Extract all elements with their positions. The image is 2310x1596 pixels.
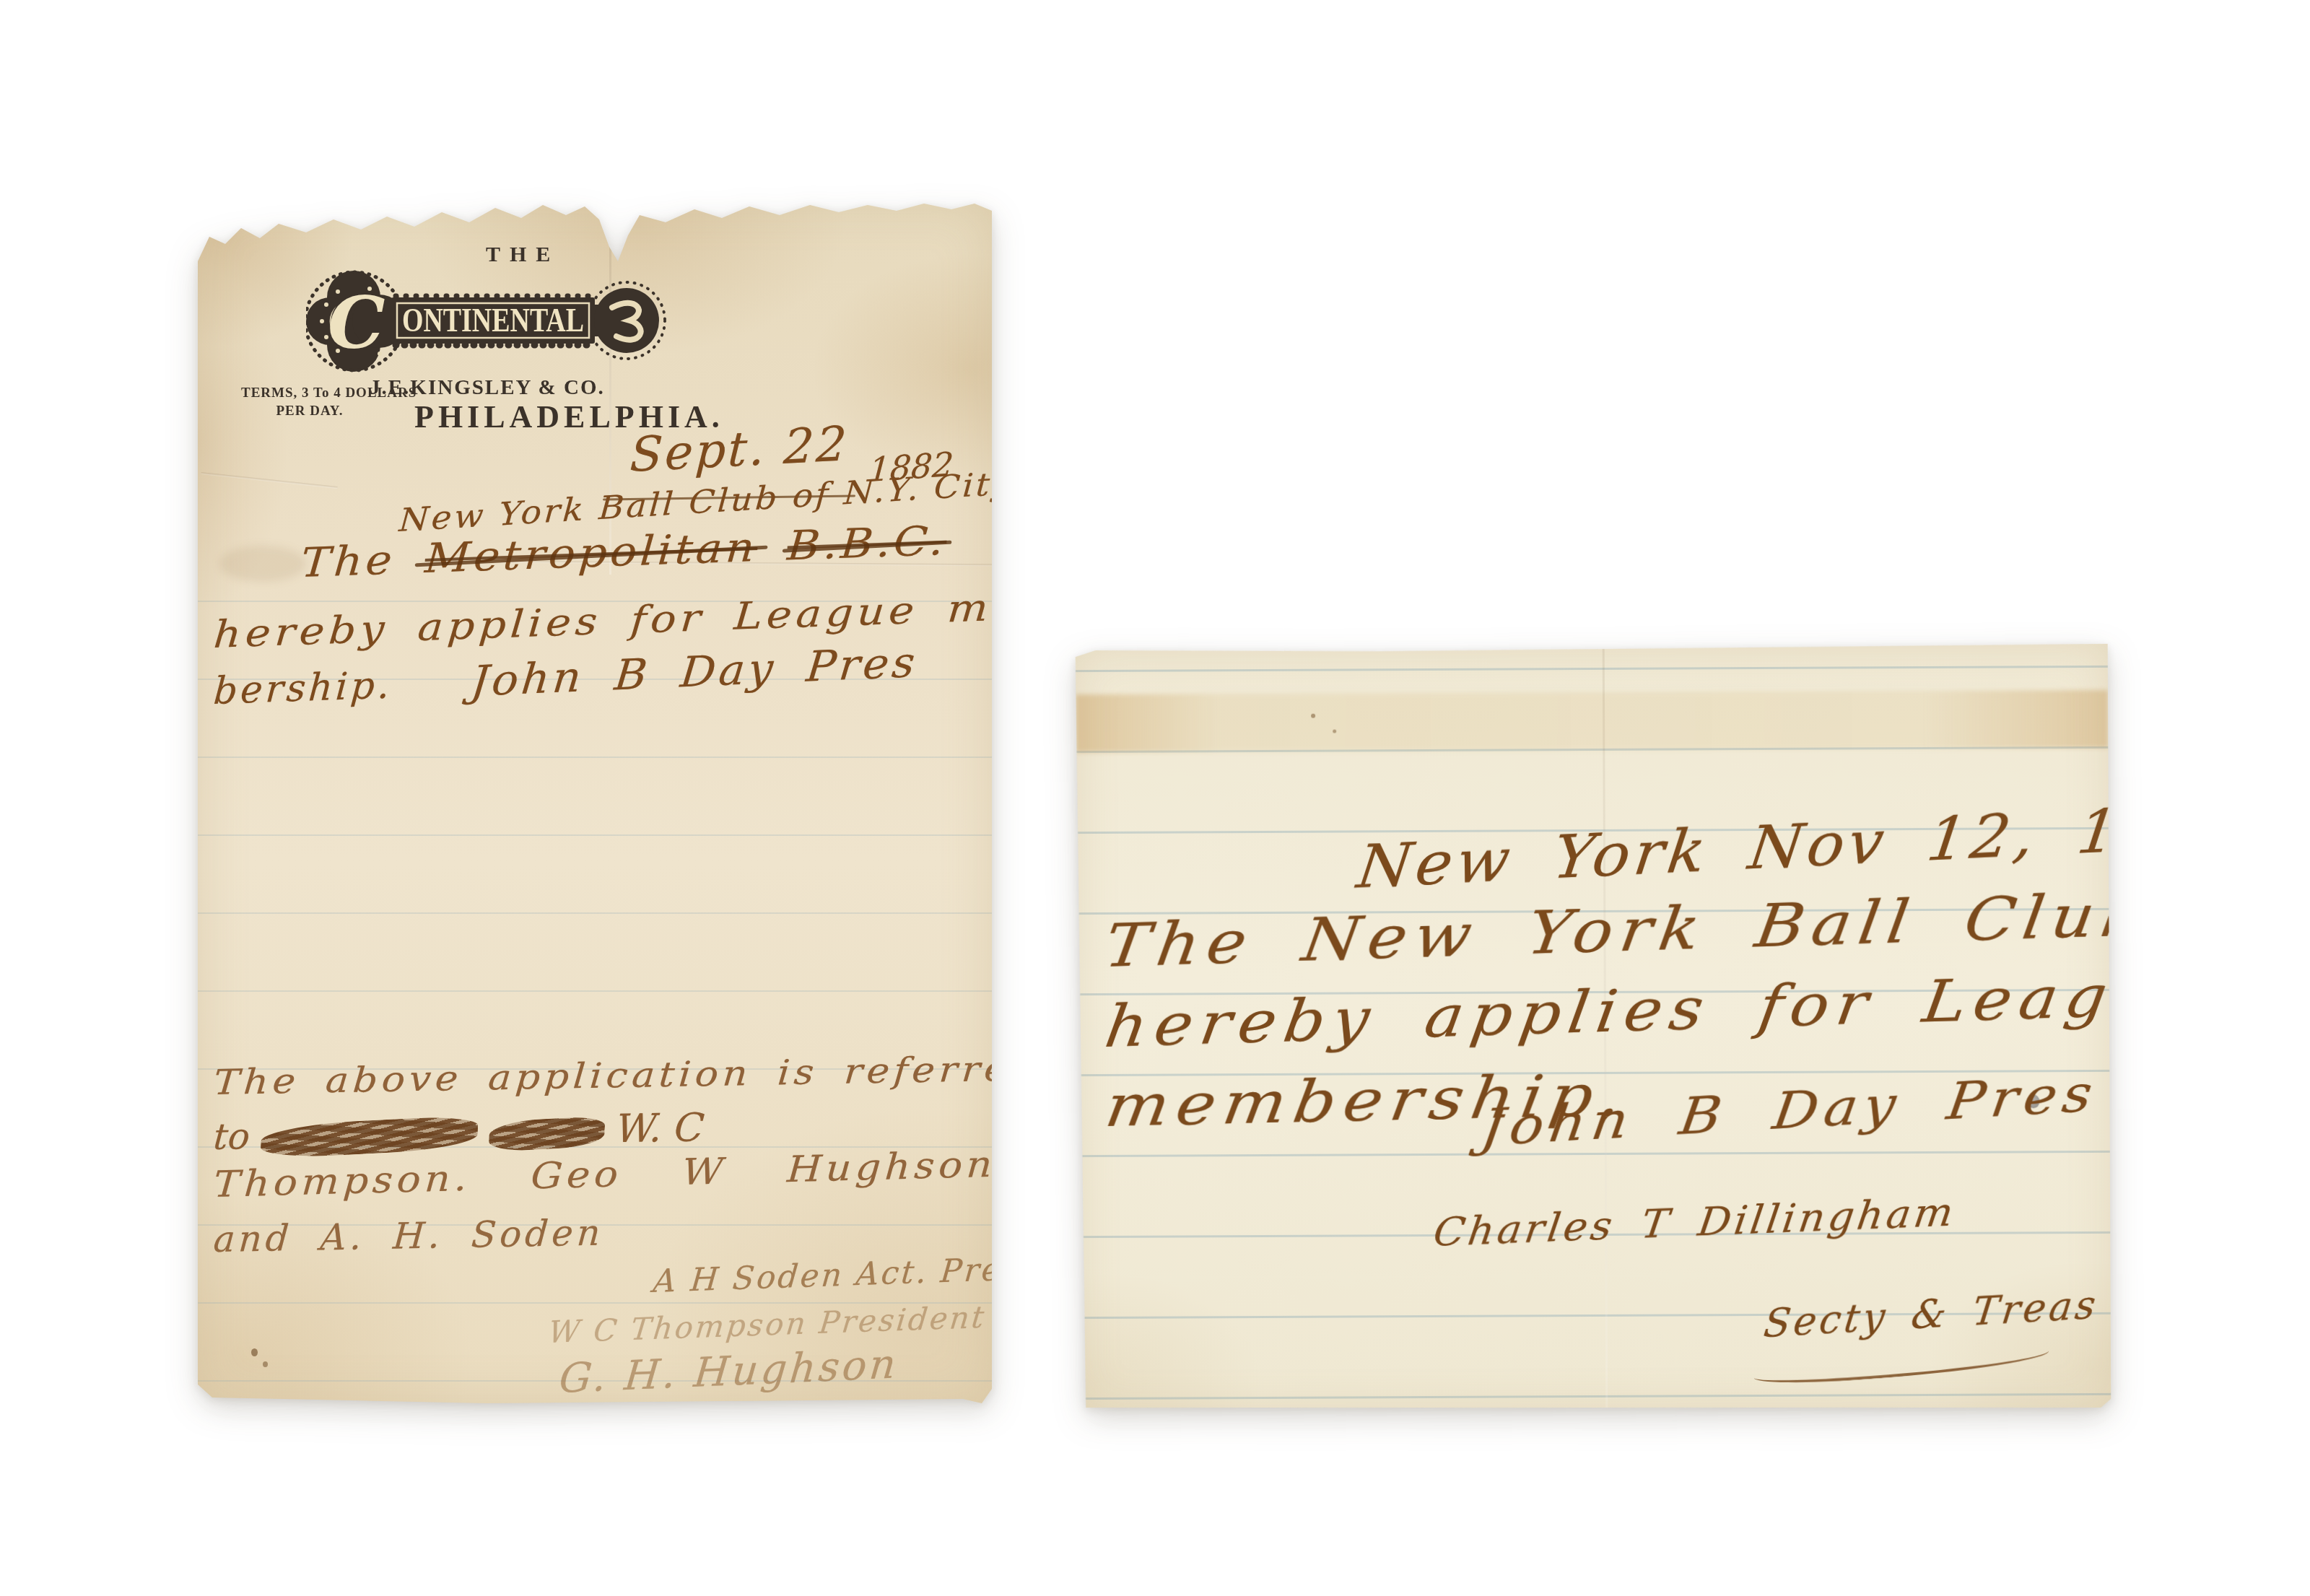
hw-date: Sept. 22 [629, 416, 850, 483]
hw-article: The [300, 536, 397, 587]
ink-scribble-2 [489, 1116, 606, 1152]
hw-referral-wc: W. C [615, 1104, 706, 1151]
paper-speck [1333, 730, 1336, 733]
hw-body-line2: bership. [212, 663, 394, 713]
hw-referral-line1: The above application is referred [212, 1048, 992, 1103]
hw-referral-line4: and A. H. Soden [212, 1212, 605, 1261]
hw-signature-day: John B Day Pres [469, 637, 920, 706]
letterhead-terms-line1: TERMS, 3 To 4 DOLLARS [241, 385, 378, 401]
right-document: New York Nov 12, 1882 The New York Ball … [1076, 644, 2111, 1412]
continental-hotel-badge: C ONTINENTAL [306, 264, 667, 375]
hw-club-line: The Metropolitan B.B.C. [300, 518, 949, 587]
letterhead-city: PHILADELPHIA. [414, 398, 631, 435]
hw-sig-soden: A H Soden Act. Pres [652, 1250, 992, 1300]
left-document: THE C [198, 199, 992, 1406]
hw-sig-thompson: W C Thompson President [546, 1299, 988, 1350]
paper-speck [263, 1361, 268, 1367]
paper-speck [1311, 714, 1315, 718]
hw-referral-to: to [212, 1115, 251, 1158]
letterhead-the: THE [486, 243, 559, 267]
ink-scribble-1 [261, 1115, 479, 1159]
hotel-name-text: ONTINENTAL [402, 302, 584, 339]
hw-struck-bbc: B.B.C. [786, 518, 949, 570]
hw-right-sig-dillingham: Charles T Dillingham [1431, 1189, 1959, 1255]
hw-referral-line2: to W. C [212, 1104, 706, 1159]
hw-right-line1: The New York Ball Club [1101, 880, 2111, 981]
hw-sig-hughson: G. H. Hughson [557, 1340, 901, 1403]
toned-band [1076, 690, 2108, 752]
paper-speck [251, 1348, 258, 1356]
hw-right-sig-title: Secty & Treas [1761, 1281, 2101, 1346]
letterhead-terms-line2: PER DAY. [241, 404, 378, 419]
monogram-c: C [328, 280, 385, 365]
right-paper-sheet: New York Nov 12, 1882 The New York Ball … [1076, 644, 2111, 1412]
photo-of-two-documents: THE C [0, 0, 2310, 1596]
tear-crease [201, 472, 337, 489]
signature-flourish [1753, 1341, 2049, 1387]
ink-smudge [219, 546, 306, 582]
left-paper-sheet: THE C [198, 199, 992, 1406]
